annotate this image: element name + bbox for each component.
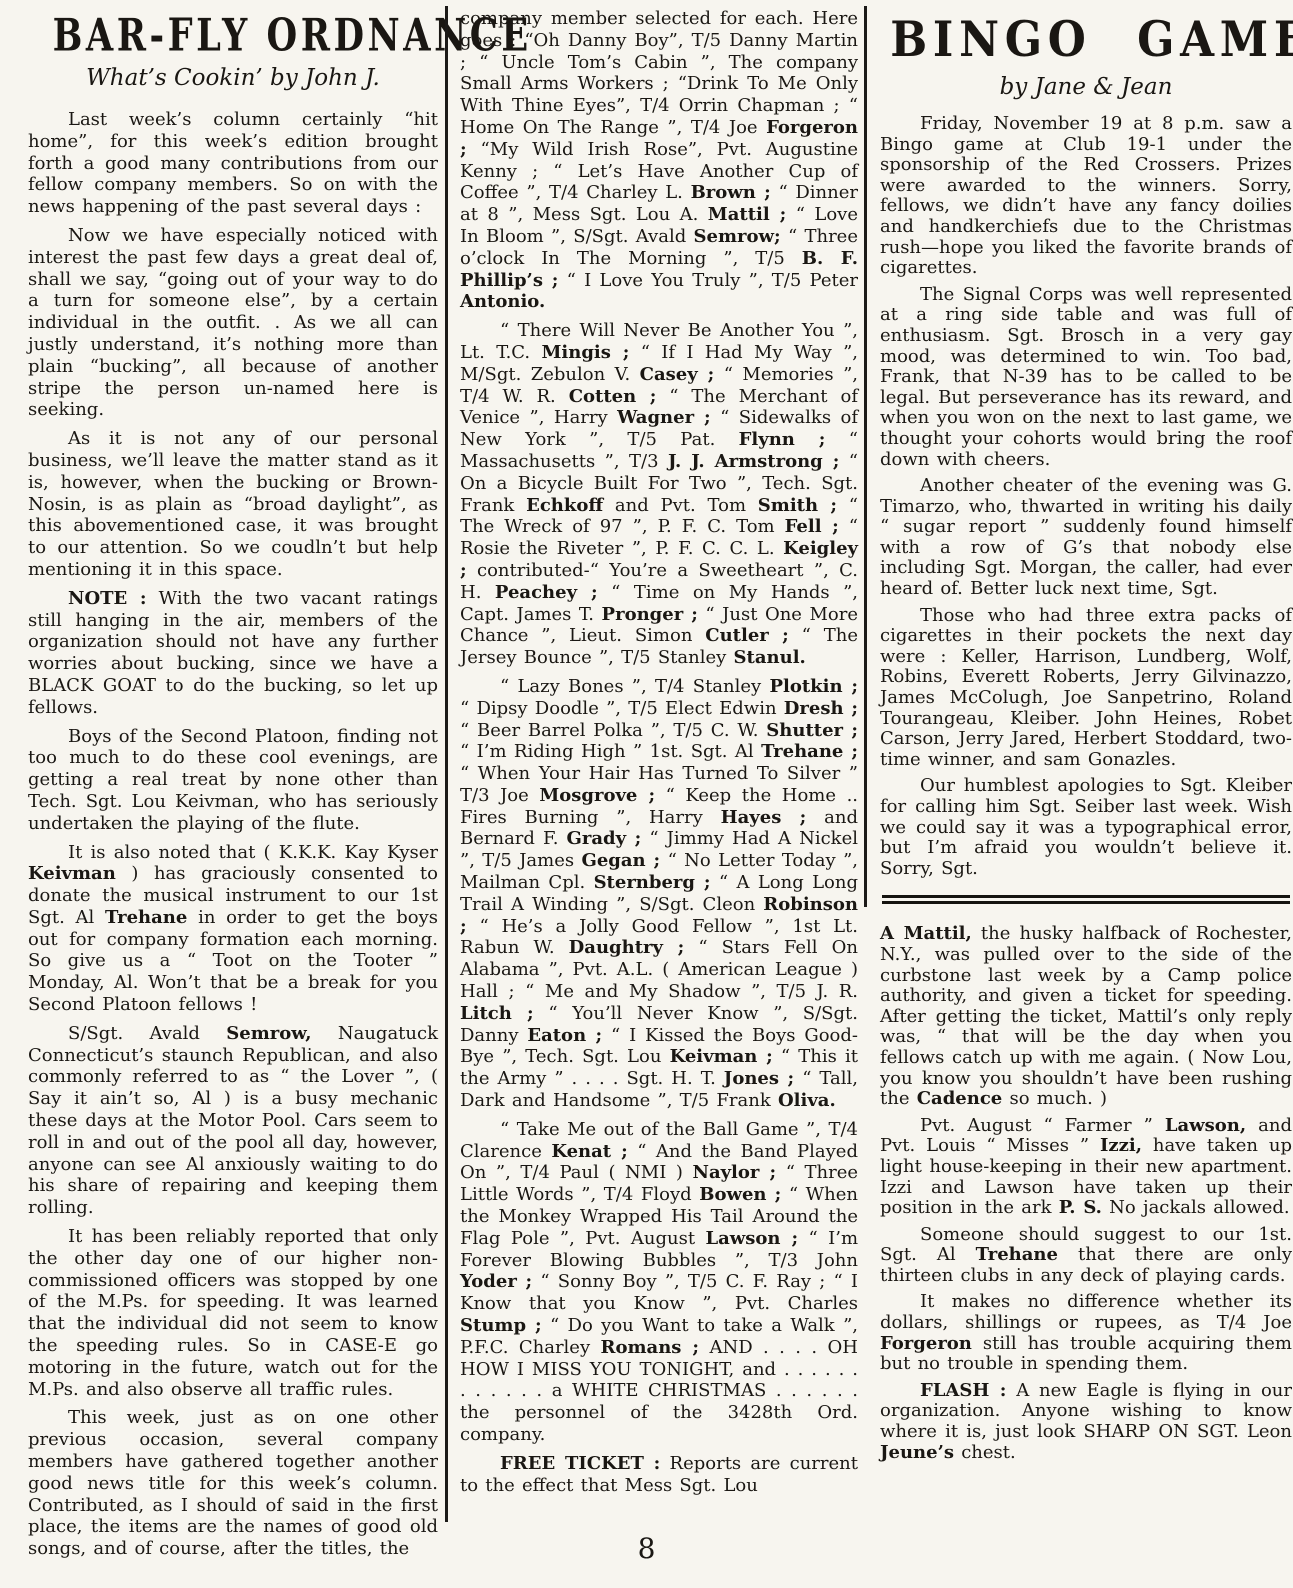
paragraph: Boys of the Second Platoon, finding not …: [28, 726, 438, 835]
paragraph: “ There Will Never Be Another You ”, Lt.…: [460, 320, 858, 669]
paragraph: It makes no difference whether its dolla…: [880, 1292, 1292, 1374]
paragraph: NOTE : With the two vacant ratings still…: [28, 588, 438, 719]
paragraph: Friday, November 19 at 8 p.m. saw a Bing…: [880, 114, 1292, 279]
paragraph: FLASH : A new Eagle is flying in our org…: [880, 1381, 1292, 1463]
paragraph: It has been reliably reported that only …: [28, 1226, 438, 1400]
article-title: BINGO GAME: [890, 11, 1281, 68]
paragraph: As it is not any of our personal busines…: [28, 428, 438, 581]
paragraph: S/Sgt. Avald Semrow, Naugatuck Connectic…: [28, 1023, 438, 1219]
paragraph: Last week’s column certainly “hit home”,…: [28, 109, 438, 218]
paragraph: It is also noted that ( K.K.K. Kay Kyser…: [28, 842, 438, 1016]
paragraph: Another cheater of the evening was G. Ti…: [880, 476, 1292, 600]
newspaper-page: BAR-FLY ORDNANCEWhat’s Cookin’ by John J…: [0, 0, 1293, 1588]
column-divider-left: [445, 6, 448, 1522]
paragraph: “ Take Me out of the Ball Game ”, T/4 Cl…: [460, 1119, 858, 1446]
paragraph: Our humblest apologies to Sgt. Kleiber f…: [880, 776, 1292, 879]
column-middle: company member selected for each. Here g…: [460, 0, 858, 1503]
paragraph: Someone should suggest to our 1st. Sgt. …: [880, 1225, 1292, 1287]
page-number: 8: [0, 1532, 1293, 1565]
column-divider-right: [864, 6, 867, 907]
paragraph: FREE TICKET : Reports are current to the…: [460, 1453, 858, 1497]
article-byline: What’s Cookin’ by John J.: [28, 65, 438, 91]
paragraph: Now we have especially noticed with inte…: [28, 225, 438, 421]
paragraph: Those who had three extra packs of cigar…: [880, 606, 1292, 771]
article-byline: by Jane & Jean: [880, 74, 1292, 100]
column-right: BINGO GAMEby Jane & JeanFriday, November…: [880, 0, 1292, 1469]
article-title: BAR-FLY ORDNANCE: [53, 9, 414, 62]
column-left: BAR-FLY ORDNANCEWhat’s Cookin’ by John J…: [28, 0, 438, 1567]
section-divider: [882, 895, 1290, 904]
paragraph: Pvt. August “ Farmer ” Lawson, and Pvt. …: [880, 1116, 1292, 1219]
paragraph: “ Lazy Bones ”, T/4 Stanley Plotkin ; “ …: [460, 676, 858, 1112]
paragraph: company member selected for each. Here g…: [460, 8, 858, 313]
paragraph: A Mattil, the husky halfback of Rocheste…: [880, 924, 1292, 1109]
paragraph: The Signal Corps was well represented at…: [880, 285, 1292, 470]
